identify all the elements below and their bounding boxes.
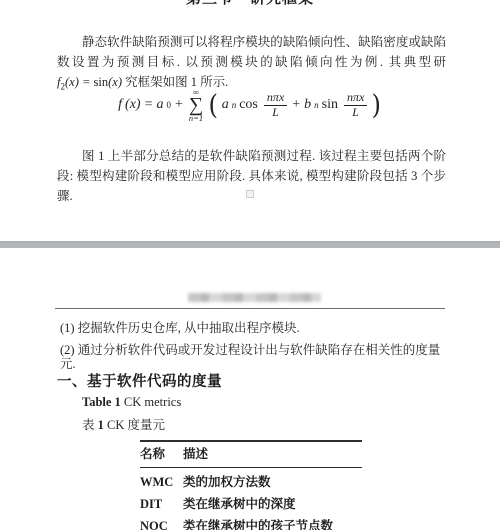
- display-formula: f (x) = a0 + ∞ ∑ n=1 ( an cos nπx L + bn…: [0, 85, 500, 125]
- section-heading: 一、基于软件代码的度量: [57, 370, 222, 391]
- page-1: 第三节 研究框架 静态软件缺陷预测可以将程序模块的缺陷倾向性、缺陷密度或缺陷数设…: [0, 0, 500, 241]
- table-row: DIT 类在继承树中的深度: [140, 493, 362, 515]
- metric-name: DIT: [140, 493, 183, 515]
- paragraph-1-text-before: 静态软件缺陷预测可以将程序模块的缺陷倾向性、缺陷密度或缺陷数设置为预测目标. 以…: [57, 35, 446, 69]
- metric-name: WMC: [140, 471, 183, 493]
- table-header-name: 名称: [140, 442, 183, 467]
- table-row: WMC 类的加权方法数: [140, 471, 362, 493]
- table-row: NOC 类在继承树中的孩子节点数: [140, 515, 362, 530]
- metric-description: 类的加权方法数: [183, 471, 362, 493]
- ck-metrics-table: 名称 描述 WMC 类的加权方法数 DIT 类在继承树中的深度 NOC 类在继承…: [140, 440, 362, 530]
- document-viewer: 第三节 研究框架 静态软件缺陷预测可以将程序模块的缺陷倾向性、缺陷密度或缺陷数设…: [0, 0, 500, 530]
- list-item-2: (2) 通过分析软件代码或开发过程设计出与软件缺陷存在相关性的度量元.: [60, 343, 446, 371]
- fraction-1: nπx L: [264, 91, 287, 120]
- section-title: 第三节 研究框架: [0, 0, 500, 7]
- table-caption-english: Table 1 CK metrics: [82, 395, 181, 410]
- header-rule: [55, 308, 445, 309]
- page-2: (1) 挖掘软件历史仓库, 从中抽取出程序模块. (2) 通过分析软件代码或开发…: [0, 248, 500, 530]
- metric-name: NOC: [140, 515, 183, 530]
- metric-description: 类在继承树中的深度: [183, 493, 362, 515]
- list-item-1: (1) 挖掘软件历史仓库, 从中抽取出程序模块.: [60, 321, 446, 335]
- page-separator: [0, 241, 500, 248]
- fraction-2: nπx L: [344, 91, 367, 120]
- metric-description: 类在继承树中的孩子节点数: [183, 515, 362, 530]
- table-caption-chinese: 表 1 CK 度量元: [82, 415, 165, 433]
- figure-placeholder-icon: [246, 190, 254, 198]
- table-header-description: 描述: [183, 442, 362, 467]
- redacted-running-header: [188, 293, 321, 302]
- table-body: WMC 类的加权方法数 DIT 类在继承树中的深度 NOC 类在继承树中的孩子节…: [140, 468, 362, 530]
- summation-symbol: ∞ ∑ n=1: [189, 88, 203, 122]
- table-header-row: 名称 描述: [140, 442, 362, 468]
